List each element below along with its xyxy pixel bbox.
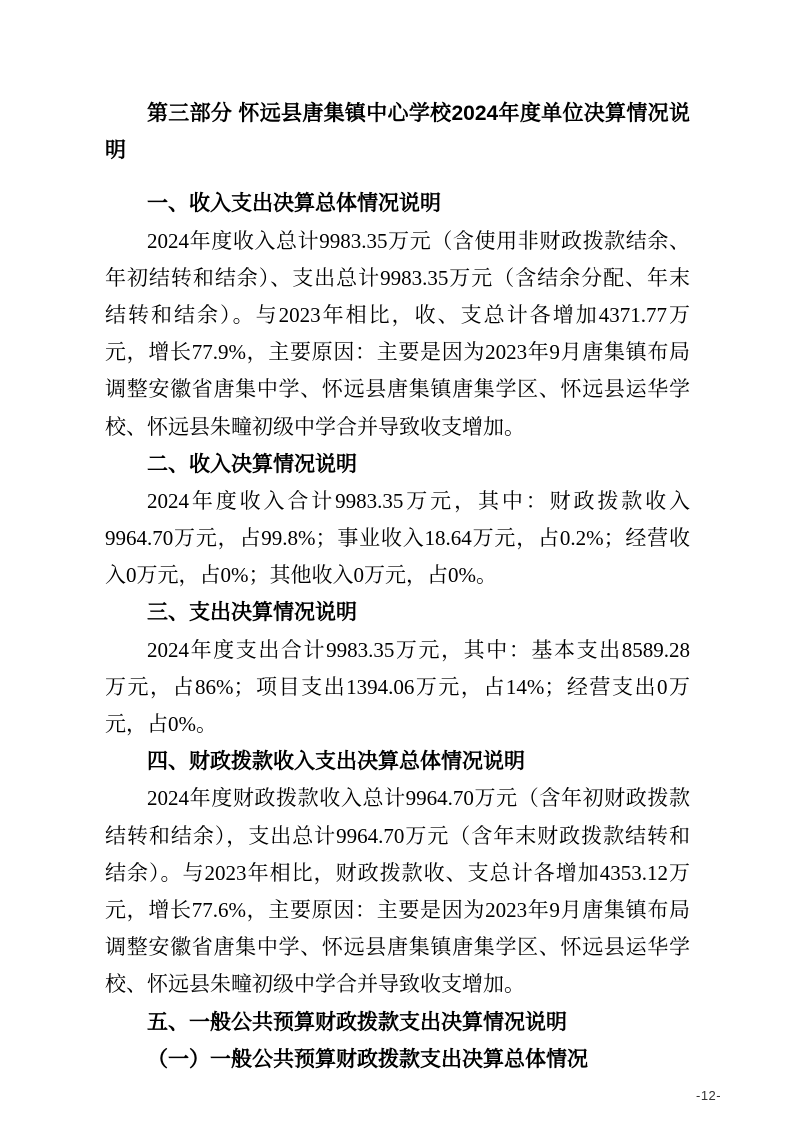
section-4-paragraph-line: 2024年度财政拨款收入总计9964.70万元（含年初财政拨款 [105, 780, 690, 817]
section-1-paragraph-line: 元，增长77.9%，主要原因：主要是因为2023年9月唐集镇布局 [105, 334, 690, 371]
section-2-heading: 二、收入决算情况说明 [105, 446, 690, 483]
section-4-paragraph-line: 结转和结余），支出总计9964.70万元（含年末财政拨款结转和 [105, 818, 690, 855]
document-page: 第三部分 怀远县唐集镇中心学校2024年度单位决算情况说 明 一、收入支出决算总… [0, 0, 793, 1122]
section-4-paragraph-line: 校、怀远县朱疃初级中学合并导致收支增加。 [105, 966, 690, 1003]
section-1-heading: 一、收入支出决算总体情况说明 [105, 185, 690, 222]
section-1-paragraph-line: 年初结转和结余）、支出总计9983.35万元（含结余分配、年末 [105, 260, 690, 297]
section-4-paragraph-line: 元，增长77.6%，主要原因：主要是因为2023年9月唐集镇布局 [105, 892, 690, 929]
section-5-subheading: （一）一般公共预算财政拨款支出决算总体情况 [105, 1041, 690, 1078]
section-1-paragraph-line: 2024年度收入总计9983.35万元（含使用非财政拨款结余、 [105, 223, 690, 260]
section-3-paragraph-line: 元，占0%。 [105, 706, 690, 743]
document-title-line-2: 明 [105, 132, 690, 169]
document-title-line-1: 第三部分 怀远县唐集镇中心学校2024年度单位决算情况说 [105, 95, 690, 132]
section-2-paragraph-line: 9964.70万元，占99.8%；事业收入18.64万元，占0.2%；经营收 [105, 520, 690, 557]
section-3-heading: 三、支出决算情况说明 [105, 594, 690, 631]
section-1-paragraph-line: 校、怀远县朱疃初级中学合并导致收支增加。 [105, 409, 690, 446]
section-2-paragraph-line: 入0万元，占0%；其他收入0万元，占0%。 [105, 557, 690, 594]
document-title: 第三部分 怀远县唐集镇中心学校2024年度单位决算情况说 明 [105, 95, 690, 169]
section-4-heading: 四、财政拨款收入支出决算总体情况说明 [105, 743, 690, 780]
page-number: -12- [696, 1088, 721, 1104]
section-1-paragraph-line: 结转和结余）。与2023年相比，收、支总计各增加4371.77万 [105, 297, 690, 334]
section-4-paragraph-line: 结余）。与2023年相比，财政拨款收、支总计各增加4353.12万 [105, 855, 690, 892]
section-1-paragraph-line: 调整安徽省唐集中学、怀远县唐集镇唐集学区、怀远县运华学 [105, 371, 690, 408]
section-3-paragraph-line: 2024年度支出合计9983.35万元，其中：基本支出8589.28 [105, 632, 690, 669]
document-content: 第三部分 怀远县唐集镇中心学校2024年度单位决算情况说 明 一、收入支出决算总… [105, 95, 690, 1078]
section-5-heading: 五、一般公共预算财政拨款支出决算情况说明 [105, 1004, 690, 1041]
section-3-paragraph-line: 万元，占86%；项目支出1394.06万元，占14%；经营支出0万 [105, 669, 690, 706]
section-2-paragraph-line: 2024年度收入合计9983.35万元，其中：财政拨款收入 [105, 483, 690, 520]
section-4-paragraph-line: 调整安徽省唐集中学、怀远县唐集镇唐集学区、怀远县运华学 [105, 929, 690, 966]
